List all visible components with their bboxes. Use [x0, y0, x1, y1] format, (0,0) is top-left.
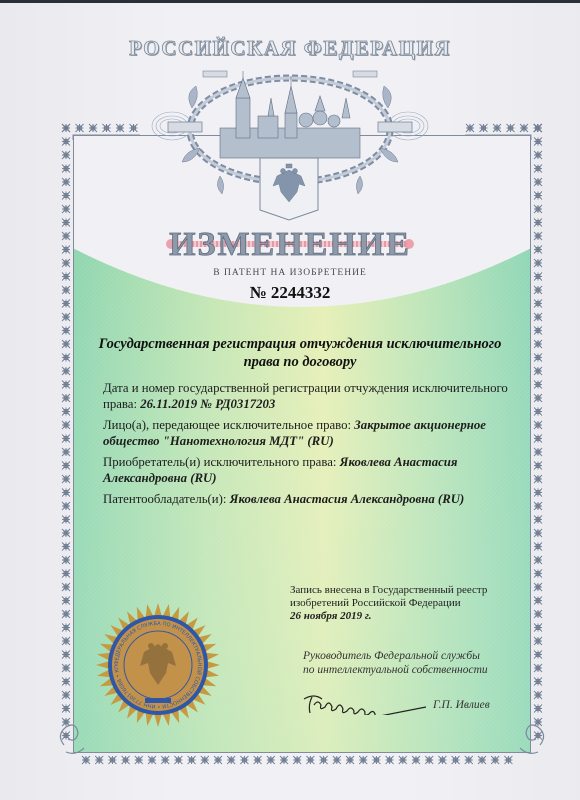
document-title: Государственная регистрация отчуждения и… [80, 335, 520, 371]
registry-date: 26 ноября 2019 г. [290, 610, 530, 623]
field-value: 26.11.2019 № РД0317203 [140, 397, 275, 411]
registry-entry: Запись внесена в Государственный реестр … [290, 584, 530, 623]
field-registration-date-number: Дата и номер государственной регистрации… [103, 380, 523, 412]
registration-fields: Дата и номер государственной регистрации… [103, 380, 523, 512]
patent-subtitle: В ПАТЕНТ НА ИЗОБРЕТЕНИЕ [0, 268, 580, 278]
field-label: Патентообладатель(и): [103, 492, 230, 506]
top-edge [0, 0, 580, 3]
patent-number: № 2244332 [0, 283, 580, 303]
signature-icon [300, 693, 430, 715]
official-title-line-2: по интеллектуальной собственности [303, 663, 533, 677]
registry-line-1: Запись внесена в Государственный реестр [290, 584, 530, 597]
field-acquirer: Приобретатель(и) исключительного права: … [103, 454, 523, 486]
registry-line-2: изобретений Российской Федерации [290, 597, 530, 610]
certificate-page: РОССИЙСКАЯ ФЕДЕРАЦИЯ [0, 0, 580, 800]
field-label: Приобретатель(и) исключительного права: [103, 455, 340, 469]
official-title-line-1: Руководитель Федеральной службы [303, 649, 533, 663]
field-label: Лицо(а), передающее исключительное право… [103, 418, 354, 432]
official-seal-icon: ФЕДЕРАЛЬНАЯ СЛУЖБА ПО ИНТЕЛЛЕКТУАЛЬНОЙ С… [93, 600, 223, 730]
kremlin-wreath-emblem-icon [150, 58, 430, 233]
field-value: Яковлева Анастасия Александровна (RU) [230, 492, 465, 506]
field-patent-holder: Патентообладатель(и): Яковлева Анастасия… [103, 491, 523, 507]
official-name: Г.П. Ивлиев [433, 699, 490, 711]
change-title: ИЗМЕНЕНИЕ [0, 226, 580, 264]
official-title: Руководитель Федеральной службы по интел… [303, 649, 533, 677]
field-transferor: Лицо(а), передающее исключительное право… [103, 417, 523, 449]
